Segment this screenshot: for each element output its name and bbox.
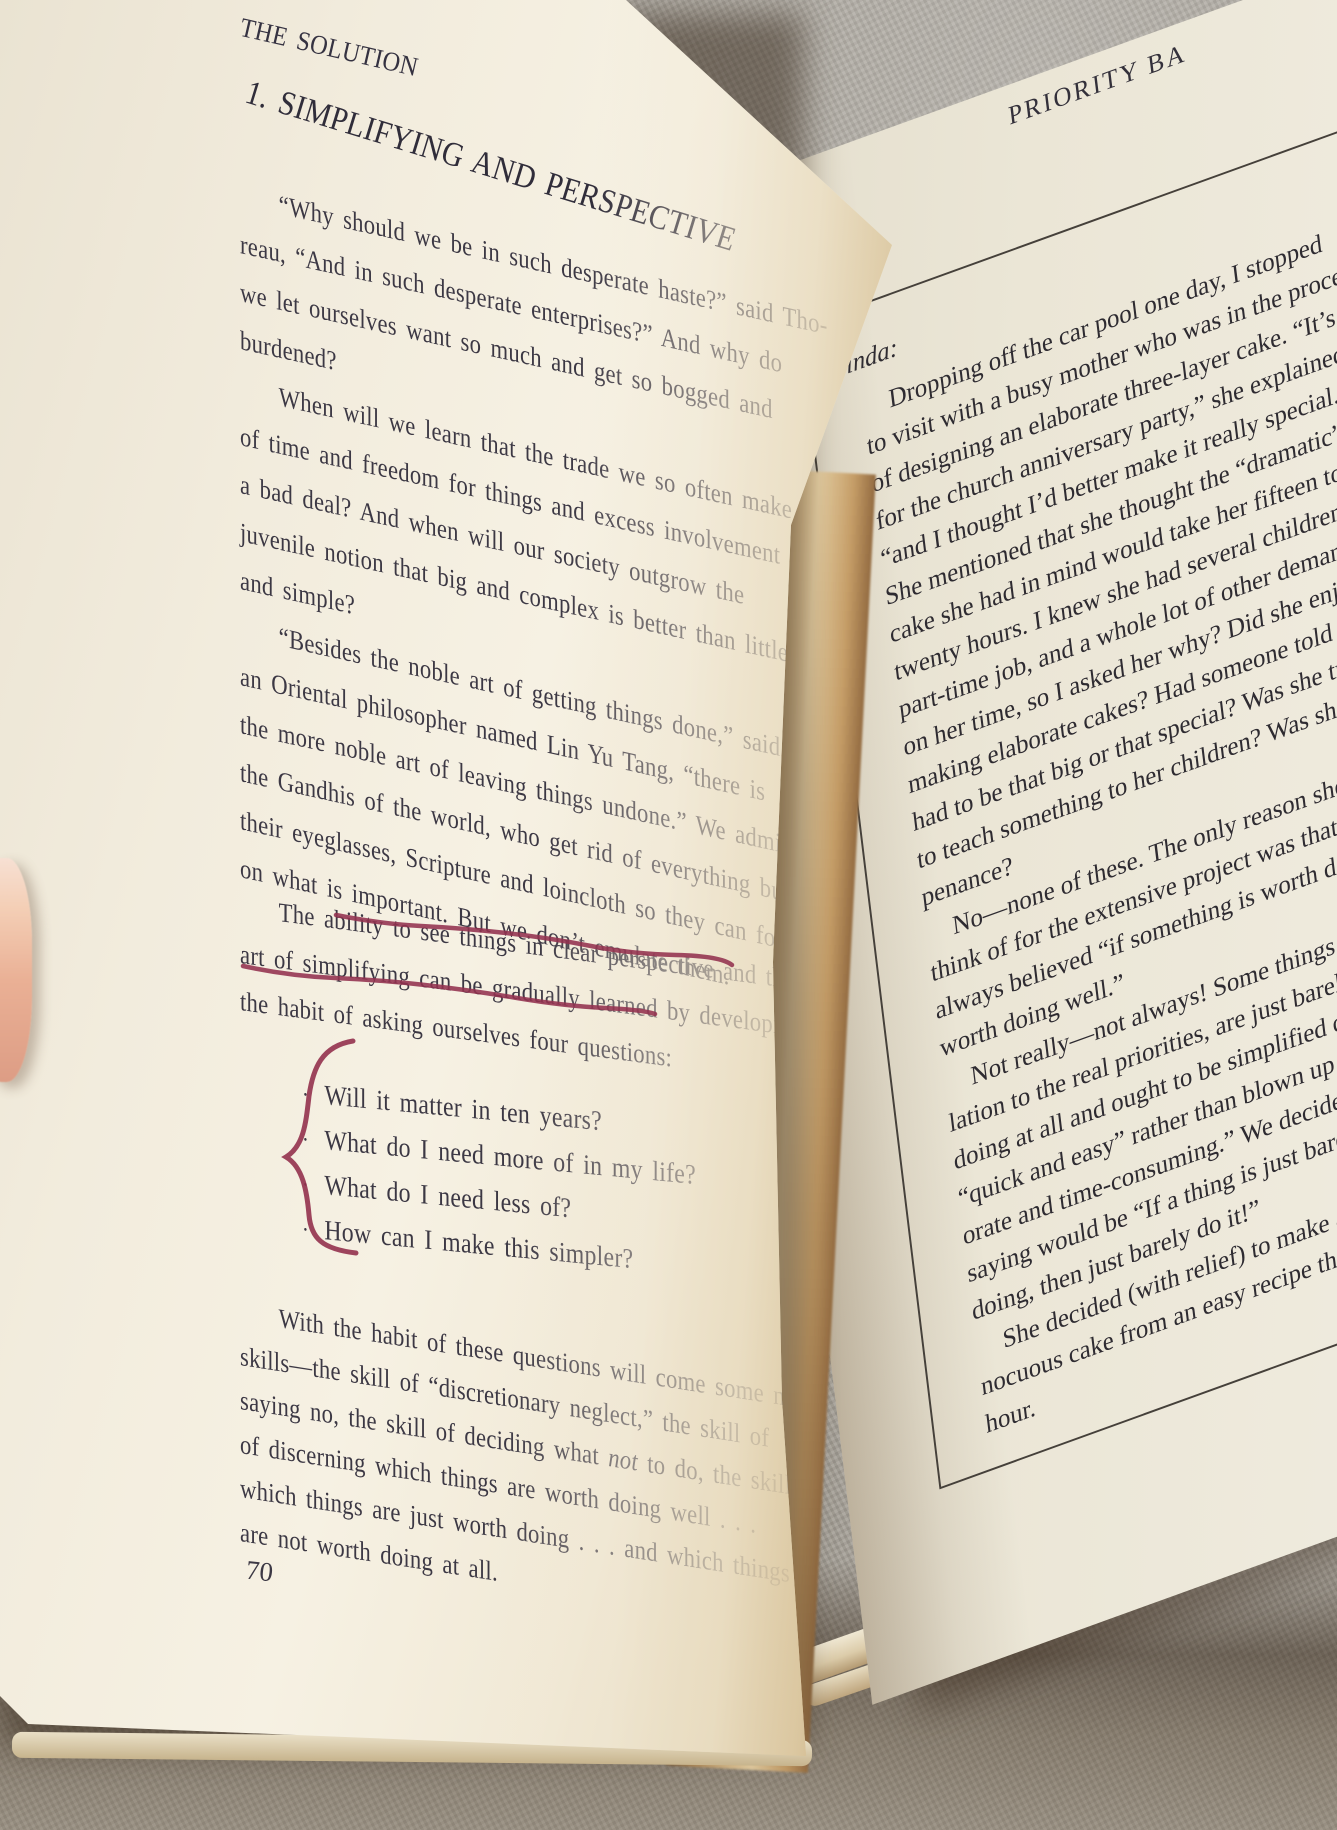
questions-list: · Will it matter in ten years? · What do… <box>302 1072 696 1289</box>
running-header-right: PRIORITY BA <box>1007 38 1188 132</box>
page-number: 70 <box>244 1555 274 1589</box>
running-header-left: THE SOLUTION <box>237 12 421 83</box>
left-page-text-bottom: With the habit of these questions will c… <box>240 1290 812 1642</box>
bullet-dot-icon: · <box>302 1209 309 1253</box>
bullet-dot-icon: · <box>302 1074 309 1118</box>
bullet-dot-icon: · <box>302 1164 309 1208</box>
left-page-text-top: “Why should we be in such desperate hast… <box>240 172 828 1021</box>
paragraph: Dropping off the car pool one day, I sto… <box>860 0 1337 917</box>
italic-word: not <box>608 1442 638 1477</box>
bullet-dot-icon: · <box>302 1119 309 1163</box>
book-photo: PRIORITY BA Linda: Dropping off the car … <box>0 0 1337 1830</box>
